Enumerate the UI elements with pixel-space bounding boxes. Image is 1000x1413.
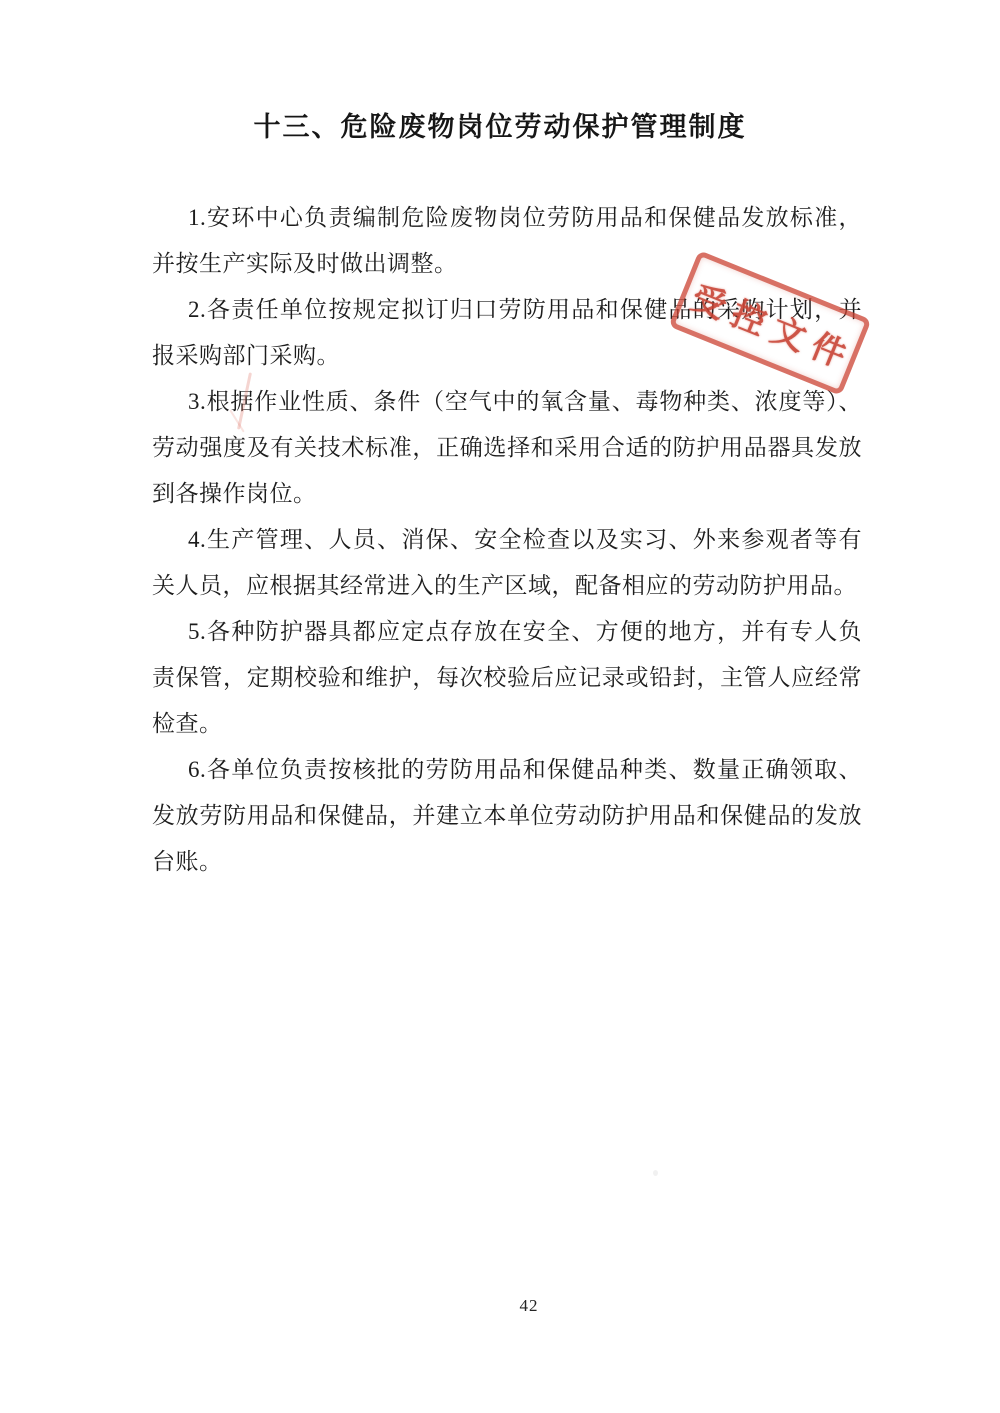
page-title: 十三、危险废物岗位劳动保护管理制度 [0,110,1000,144]
text-line: 劳动强度及有关技术标准，正确选择和采用合适的防护用品器具发放 [152,425,862,471]
text-line: 检查。 [152,701,862,747]
text-line: 发放劳防用品和保健品，并建立本单位劳动防护用品和保健品的发放 [152,793,862,839]
text-line: 台账。 [152,839,862,885]
paragraph-3: 3.根据作业性质、条件（空气中的氧含量、毒物种类、浓度等）、 劳动强度及有关技术… [152,379,862,517]
text-line: 5.各种防护器具都应定点存放在安全、方便的地方，并有专人负 [152,609,862,655]
text-line: 6.各单位负责按核批的劳防用品和保健品种类、数量正确领取、 [152,747,862,793]
scan-speck [653,1170,658,1176]
text-line: 3.根据作业性质、条件（空气中的氧含量、毒物种类、浓度等）、 [152,379,862,425]
paragraph-4: 4.生产管理、人员、消保、安全检查以及实习、外来参观者等有 关人员，应根据其经常… [152,517,862,609]
text-line: 关人员，应根据其经常进入的生产区域，配备相应的劳动防护用品。 [152,563,862,609]
paragraph-6: 6.各单位负责按核批的劳防用品和保健品种类、数量正确领取、 发放劳防用品和保健品… [152,747,862,885]
page-number: 42 [0,1296,1000,1316]
text-line: 到各操作岗位。 [152,471,862,517]
paragraph-5: 5.各种防护器具都应定点存放在安全、方便的地方，并有专人负 责保管，定期校验和维… [152,609,862,747]
text-line: 4.生产管理、人员、消保、安全检查以及实习、外来参观者等有 [152,517,862,563]
text-line: 1.安环中心负责编制危险废物岗位劳防用品和保健品发放标准， [152,195,862,241]
document-page: 十三、危险废物岗位劳动保护管理制度 1.安环中心负责编制危险废物岗位劳防用品和保… [0,0,1000,1413]
text-line: 责保管，定期校验和维护，每次校验后应记录或铅封，主管人应经常 [152,655,862,701]
